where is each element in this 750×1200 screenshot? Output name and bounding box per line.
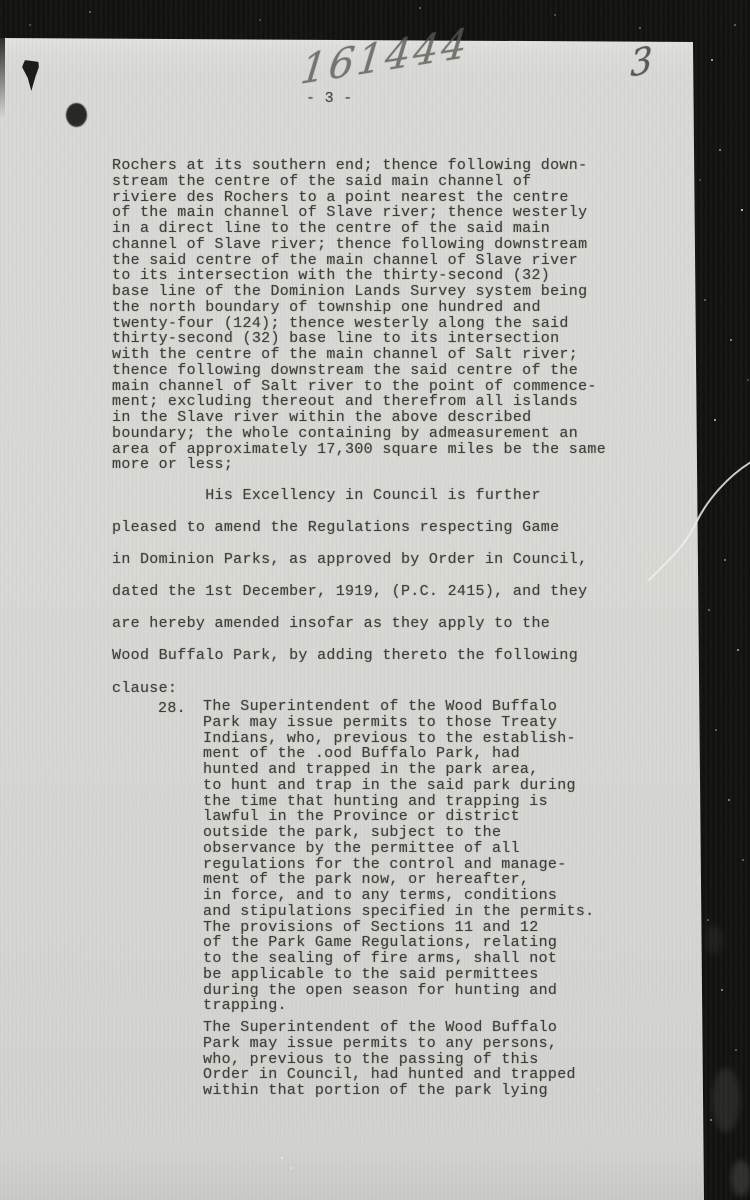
- microfilm-document-scan: 161444 3 - 3 - Rochers at its southern e…: [0, 0, 750, 1200]
- ink-blot-dot: [66, 103, 87, 127]
- second-permit-paragraph: The Superintendent of the Wood BuffaloPa…: [203, 1020, 576, 1099]
- boundary-description-paragraph: Rochers at its southern end; thence foll…: [112, 158, 606, 473]
- council-amendment-paragraph: His Excellency in Council is furtherplea…: [112, 480, 587, 705]
- film-smudges: [706, 926, 750, 1196]
- handwritten-page-number: 3: [630, 39, 652, 86]
- paper-edge-shadow: [0, 38, 5, 118]
- clause-28-paragraph: The Superintendent of the Wood BuffaloPa…: [203, 699, 595, 1014]
- clause-number-label: 28.: [158, 701, 186, 717]
- typed-page-number: - 3 -: [306, 91, 353, 107]
